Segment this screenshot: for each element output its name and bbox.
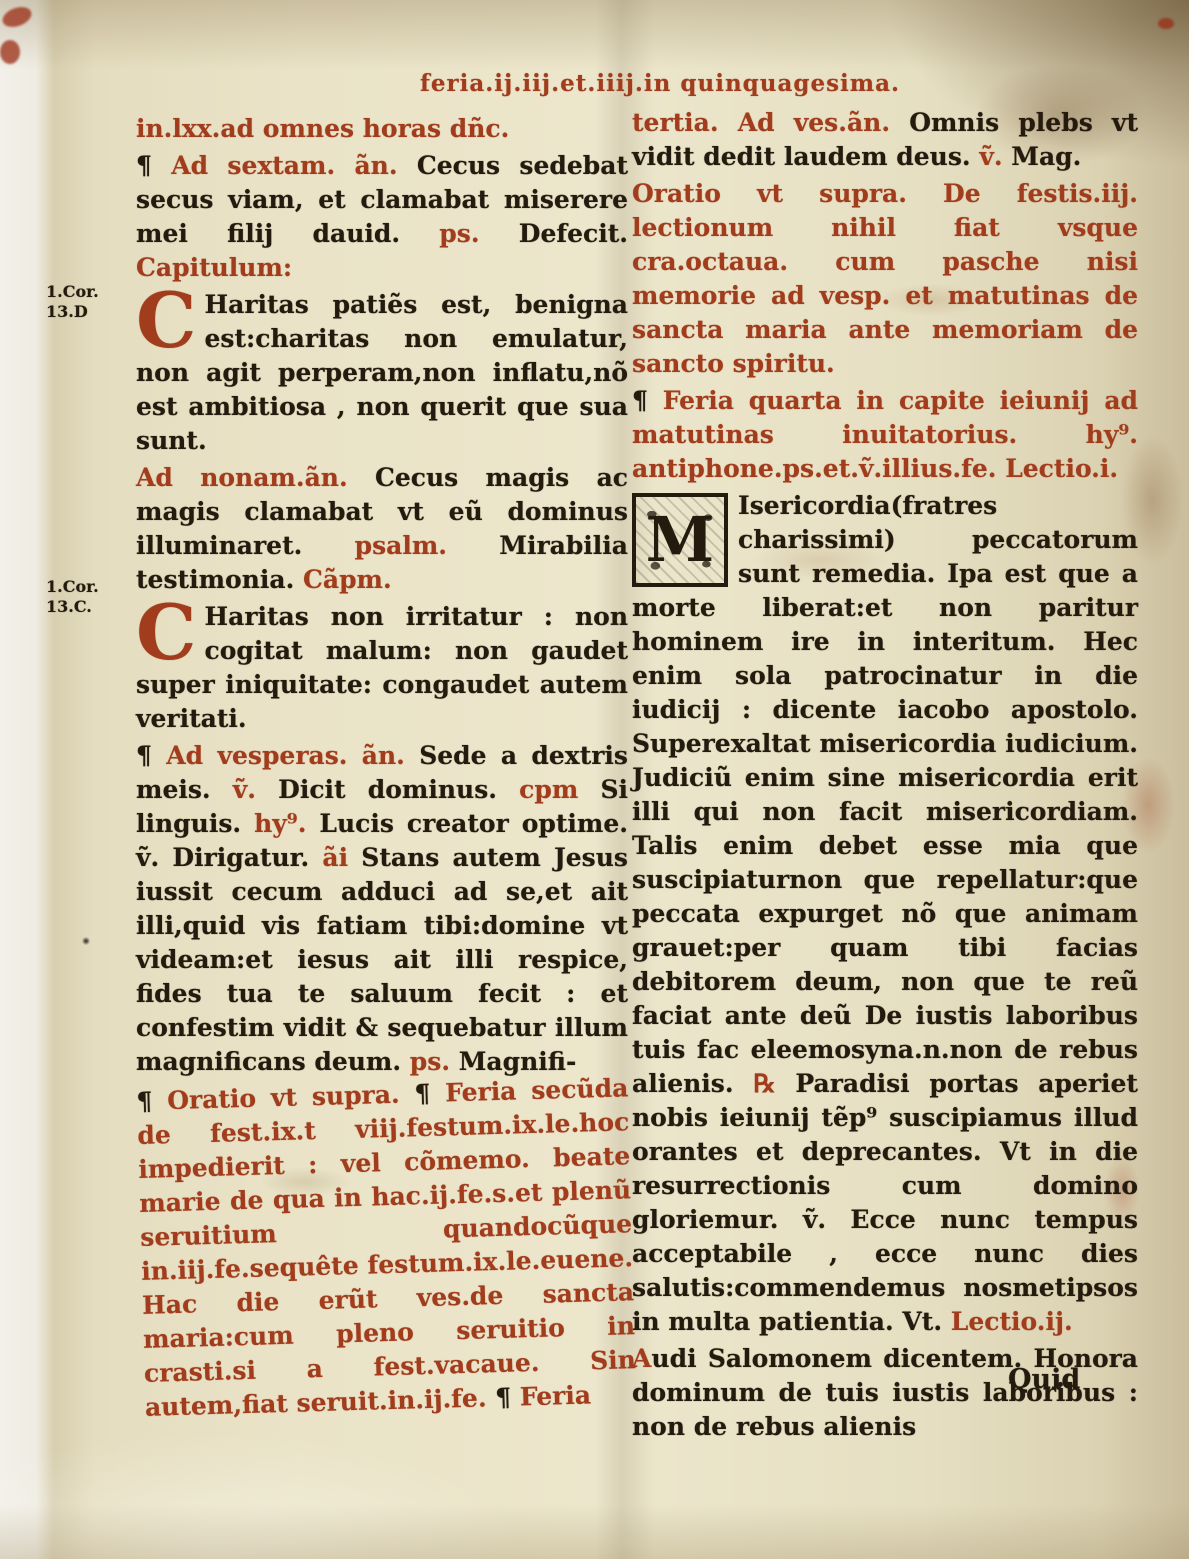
text-segment: Oratio vt supra. [167,1079,415,1115]
text-segment: Ad nonam.ãn. [136,463,375,492]
text-block: CHaritas non irritatur : non cogitat mal… [136,600,628,736]
text-segment: Magnifi- [459,1047,577,1076]
marginal-note: 1.Cor. 13.D [46,282,99,322]
text-segment: Cãpm. [303,565,392,594]
text-segment: Lectio.ij. [951,1307,1073,1336]
text-segment: ṽ. [233,775,278,804]
text-segment: ℞ [753,1069,795,1098]
text-segment: ãi [322,843,361,872]
marginal-ref-book: 1.Cor. [46,282,99,302]
text-segment: ¶ [495,1382,520,1412]
drop-cap-initial: C [136,288,205,350]
text-block: Oratio vt supra. De festis.iij. lectionu… [632,177,1138,381]
text-segment: Capitulum: [136,253,292,282]
marginal-ref-chapter: 13.C. [46,597,99,617]
text-block: Ad nonam.ãn. Cecus magis ac magis clamab… [136,461,628,597]
text-segment: Mag. [1011,142,1081,171]
catchword: Quid [1008,1364,1080,1395]
text-segment: ¶ [136,1086,168,1116]
text-block: tertia. Ad ves.ãn. Omnis plebs vt vidit … [632,106,1138,174]
text-segment: Ad vesperas. ãn. [166,741,419,770]
ink-mark [0,40,20,64]
text-segment: ¶ [414,1078,446,1108]
woodcut-initial: M [632,493,728,587]
ink-mark [0,3,34,30]
text-segment: tertia. Ad ves.ãn. [632,108,909,137]
drop-cap-initial: C [136,600,205,662]
text-segment: psalm. [355,531,500,560]
text-segment: Dicit dominus. [278,775,519,804]
ink-mark [1158,18,1174,29]
text-block: ¶ Oratio vt supra. ¶ Feria secũda de fes… [136,1071,637,1425]
text-segment: Stans autem Jesus iussit cecum adduci ad… [136,843,628,1076]
page-scan: feria.ij.iij.et.iiij.in quinquagesima. 1… [0,0,1189,1559]
marginal-note: 1.Cor. 13.C. [46,577,99,617]
text-segment: ¶ [136,741,166,770]
text-segment: Haritas non irritatur : non cogitat malu… [136,602,628,733]
text-segment: Defecit. [519,219,628,248]
text-block: ¶ Ad vesperas. ãn. Sede a dextris meis. … [136,739,628,1079]
text-segment: A [632,1344,651,1373]
text-segment: ¶ [136,151,171,180]
text-segment: ps. [410,1047,459,1076]
right-column: tertia. Ad ves.ãn. Omnis plebs vt vidit … [632,106,1138,1447]
text-segment: hy⁹. [254,809,319,838]
text-segment: ¶ [632,386,663,415]
text-block: ¶ Ad sextam. ãn. Cecus sedebat secus via… [136,149,628,285]
text-segment: Feria secũda de fest.ix.t viij.festum.ix… [137,1073,636,1422]
text-segment: Feria quarta in capite ieiunij ad matuti… [632,386,1138,483]
text-segment: Feria [519,1380,591,1411]
text-segment: ps. [439,219,519,248]
text-block: ¶ Feria quarta in capite ieiunij ad matu… [632,384,1138,486]
text-block: MIsericordia(fratres charissimi) peccato… [632,489,1138,1339]
text-segment: cpm [519,775,600,804]
marginal-ref-chapter: 13.D [46,302,99,322]
text-block: in.lxx.ad omnes horas dñc. [136,112,628,146]
text-segment: in.lxx.ad omnes horas dñc. [136,114,509,143]
text-segment: ṽ. [979,142,1011,171]
running-header: feria.ij.iij.et.iiij.in quinquagesima. [400,70,920,97]
text-segment: Ad sextam. ãn. [171,151,417,180]
text-segment: Paradisi portas aperiet nobis ieiunij tẽ… [632,1069,1138,1336]
marginal-ref-book: 1.Cor. [46,577,99,597]
text-segment: Haritas patiẽs est, benigna est:charitas… [136,290,628,455]
text-block: CHaritas patiẽs est, benigna est:charita… [136,288,628,458]
left-column: in.lxx.ad omnes horas dñc.¶ Ad sextam. ã… [136,112,628,1428]
text-segment: Oratio vt supra. De festis.iij. lectionu… [632,179,1138,378]
